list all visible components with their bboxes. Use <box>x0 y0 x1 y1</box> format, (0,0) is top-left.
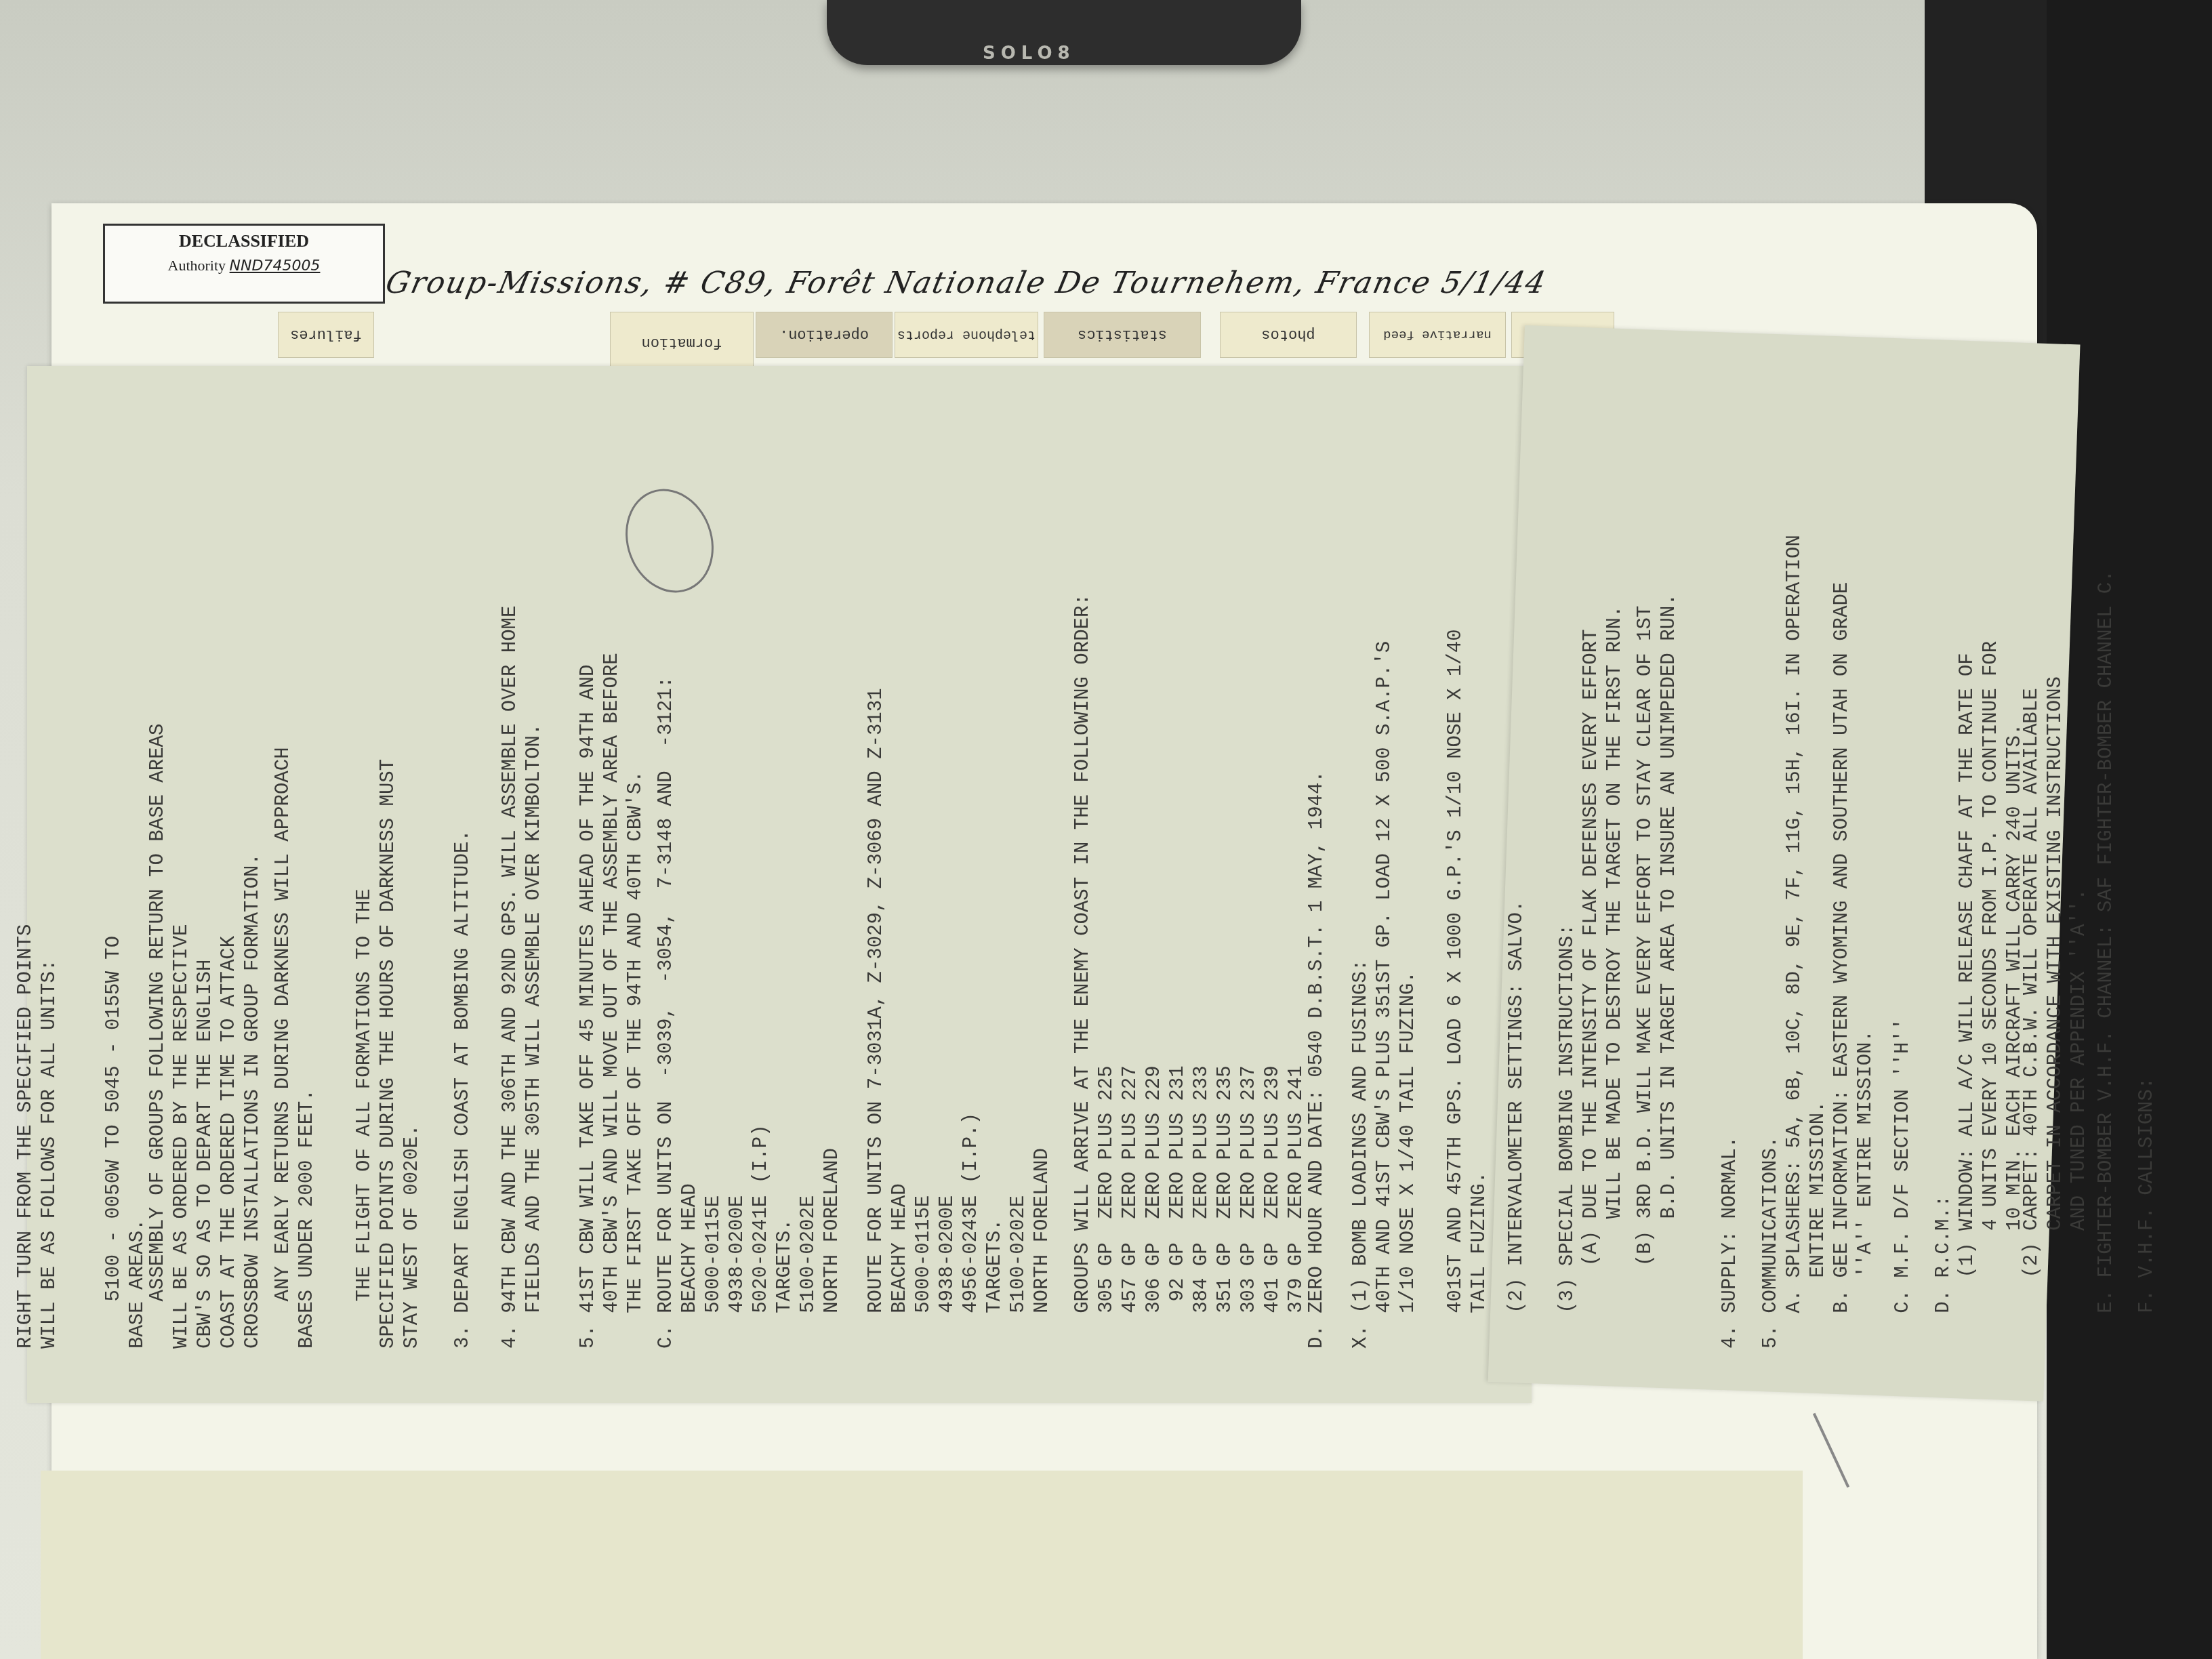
text-block: ANY EARLY RETURNS DURING DARKNESS WILL A… <box>271 747 319 1349</box>
text-block: D. ZERO HOUR AND DATE: 0540 D.B.S.T. 1 M… <box>1305 771 1328 1349</box>
text-block: C. M.F. D/F SECTION ''H'' <box>1891 1019 1914 1349</box>
text-block: 5. 41ST CBW WILL TAKE OFF 45 MINUTES AHE… <box>576 653 647 1349</box>
tab-operation[interactable]: operation. <box>756 312 893 358</box>
text-line: ENTIRE MISSION. <box>1806 535 1830 1349</box>
device-label: SOLO8 <box>983 43 1076 64</box>
text-line: C. M.F. D/F SECTION ''H'' <box>1891 1019 1914 1349</box>
table-row: 351 GP ZERO PLUS 235 <box>1213 1065 1237 1349</box>
text-line: ROUTE FOR UNITS ON 7-3031A, Z-3029, Z-30… <box>864 688 888 1349</box>
text-line: 5. COMMUNICATIONS. <box>1759 535 1782 1349</box>
table-row: 401 GP ZERO PLUS 239 <box>1261 1065 1284 1349</box>
text-line: 5100-0202E <box>796 676 820 1349</box>
text-line: THE FIRST TAKE OFF OF THE 94TH AND 40TH … <box>623 653 647 1349</box>
text-block: D. R.C.M.: (1) WINDOW: ALL A/C WILL RELE… <box>1931 641 2026 1349</box>
text-line: WILL BE AS ORDERED BY THE RESPECTIVE <box>169 724 193 1349</box>
text-line: 5100-0202E <box>1006 688 1030 1349</box>
text-block: B. GEE INFORMATION: EASTERN WYOMING AND … <box>1830 582 1877 1349</box>
arrival-order-rows: 305 GP ZERO PLUS 225 457 GP ZERO PLUS 22… <box>1094 1065 1308 1349</box>
table-row: 379 GP ZERO PLUS 241 <box>1284 1065 1308 1349</box>
text-line: E. FIGHTER-BOMBER V.H.F. CHANNEL: SAF FI… <box>2094 570 2118 1349</box>
folder-lower-sheet <box>41 1471 1803 1659</box>
text-line: 5000-0115E <box>701 676 725 1349</box>
text-block: (3) SPECIAL BOMBING INSTRUCTIONS: (A) DU… <box>1555 606 1626 1349</box>
text-block: RIGHT TURN FROM THE SPECIFIED POINTSWILL… <box>14 924 61 1349</box>
text-line: (2) INTERVALOMETER SETTINGS: SALVO. <box>1504 901 1528 1349</box>
text-line: 5. 41ST CBW WILL TAKE OFF 45 MINUTES AHE… <box>576 653 600 1349</box>
text-block: E. FIGHTER-BOMBER V.H.F. CHANNEL: SAF FI… <box>2094 570 2118 1349</box>
text-line: 4938-0200E <box>725 676 749 1349</box>
stamp-title: DECLASSIFIED <box>105 231 383 251</box>
text-line: NORTH FORELAND <box>1030 688 1054 1349</box>
text-line: 4938-0200E <box>935 688 959 1349</box>
text-line: SPECIFIED POINTS DURING THE HOURS OF DAR… <box>376 759 400 1349</box>
text-line: B.D. UNITS IN TARGET AREA TO INSURE AN U… <box>1657 594 1681 1349</box>
text-line: RIGHT TURN FROM THE SPECIFIED POINTS <box>14 924 37 1349</box>
text-line: WILL BE AS FOLLOWS FOR ALL UNITS: <box>37 924 61 1349</box>
text-line: TAIL FUZING. <box>1467 629 1491 1349</box>
text-block: THE FLIGHT OF ALL FORMATIONS TO THESPECI… <box>352 759 424 1349</box>
text-line: A. SPLASHERS: 5A, 6B, 10C, 8D, 9E, 7F, 1… <box>1782 535 1806 1349</box>
text-line: FIELDS AND THE 305TH WILL ASSEMBLE OVER … <box>522 606 546 1349</box>
tab-formation[interactable]: formation <box>610 312 754 374</box>
text-line: BASES UNDER 2000 FEET. <box>295 747 319 1349</box>
table-row: 305 GP ZERO PLUS 225 <box>1094 1065 1118 1349</box>
text-line: ANY EARLY RETURNS DURING DARKNESS WILL A… <box>271 747 295 1349</box>
text-block: 4. SUPPLY: NORMAL. <box>1718 1136 1742 1349</box>
text-line: WILL BE MADE TO DESTROY THE TARGET ON TH… <box>1603 606 1626 1349</box>
tab-failures[interactable]: failures <box>278 312 374 358</box>
text-line: BEACHY HEAD <box>678 676 701 1349</box>
text-line: AND TUNED PER APPENDIX ''A''. <box>2067 676 2091 1349</box>
table-row: 457 GP ZERO PLUS 227 <box>1118 1065 1142 1349</box>
tab-photos[interactable]: photos <box>1220 312 1357 358</box>
text-line: D. ZERO HOUR AND DATE: 0540 D.B.S.T. 1 M… <box>1305 771 1328 1349</box>
text-line: 3. DEPART ENGLISH COAST AT BOMBING ALTIT… <box>451 829 474 1349</box>
table-row: 306 GP ZERO PLUS 229 <box>1142 1065 1166 1349</box>
table-row: 303 GP ZERO PLUS 237 <box>1237 1065 1261 1349</box>
text-block: (2) CARPET: 40TH C.B.W. WILL OPERATE ALL… <box>2020 676 2091 1349</box>
text-line: BEACHY HEAD <box>888 688 912 1349</box>
text-block: 4. 94TH CBW AND THE 306TH AND 92ND GPS. … <box>498 606 546 1349</box>
text-line: GROUPS WILL ARRIVE AT THE ENEMY COAST IN… <box>1071 594 1094 1349</box>
text-line: D. R.C.M.: <box>1931 641 1955 1349</box>
text-line: 5000-0115E <box>912 688 935 1349</box>
text-line: ASSEMBLY OF GROUPS FOLLOWING RETURN TO B… <box>146 724 169 1349</box>
text-block: ASSEMBLY OF GROUPS FOLLOWING RETURN TO B… <box>146 724 264 1349</box>
handwritten-folder-title: Group-Missions, # C89, Forêt Nationale D… <box>383 266 1550 300</box>
text-line: TARGETS. <box>983 688 1006 1349</box>
tab-narrative-feed[interactable]: narrative feed <box>1369 312 1506 358</box>
text-line: (2) CARPET: 40TH C.B.W. WILL OPERATE ALL… <box>2020 676 2043 1349</box>
text-line: 4. SUPPLY: NORMAL. <box>1718 1136 1742 1349</box>
text-block: GROUPS WILL ARRIVE AT THE ENEMY COAST IN… <box>1071 594 1094 1349</box>
text-line: THE FLIGHT OF ALL FORMATIONS TO THE <box>352 759 376 1349</box>
text-block: F. V.H.F. CALLSIGNS: <box>2135 1078 2158 1349</box>
text-block: (B) 3RD B.D. WILL MAKE EVERY EFFORT TO S… <box>1633 594 1681 1349</box>
text-line: ''A'' ENTIRE MISSION. <box>1853 582 1877 1349</box>
text-line: TARGETS. <box>773 676 796 1349</box>
text-line: 40TH AND 41ST CBW'S PLUS 351ST GP. LOAD … <box>1372 641 1396 1349</box>
folder-tabs: failures formation operation. telephone … <box>95 312 1626 366</box>
text-block: 401ST AND 457TH GPS. LOAD 6 X 1000 G.P.'… <box>1443 629 1491 1349</box>
text-line: 4 UNITS EVERY 10 SECONDS FROM I.P. TO CO… <box>1979 641 2003 1349</box>
text-line: NORTH FORELAND <box>820 676 844 1349</box>
declassified-stamp: DECLASSIFIED Authority NND745005 <box>103 224 385 304</box>
text-line: F. V.H.F. CALLSIGNS: <box>2135 1078 2158 1349</box>
text-line: X. (1) BOMB LOADINGS AND FUSINGS: <box>1349 641 1372 1349</box>
text-line: STAY WEST OF 0020E. <box>400 759 424 1349</box>
table-row: 92 GP ZERO PLUS 231 <box>1166 1065 1189 1349</box>
text-line: 4. 94TH CBW AND THE 306TH AND 92ND GPS. … <box>498 606 522 1349</box>
text-line: 1/10 NOSE X 1/40 TAIL FUZING. <box>1396 641 1420 1349</box>
stamp-authority-value: NND745005 <box>230 258 321 274</box>
text-line: (3) SPECIAL BOMBING INSTRUCTIONS: <box>1555 606 1579 1349</box>
tab-telephone-reports[interactable]: telephone reports <box>895 312 1038 358</box>
text-block: 5100 - 0050W TO 5045 - 0155W TOBASE AREA… <box>102 936 149 1349</box>
text-block: 3. DEPART ENGLISH COAST AT BOMBING ALTIT… <box>451 829 474 1349</box>
text-line: 5020-0241E (I.P) <box>749 676 773 1349</box>
text-line: 40TH CBW'S AND WILL MOVE OUT OF THE ASSE… <box>600 653 623 1349</box>
tab-statistics[interactable]: statistics <box>1044 312 1201 358</box>
text-line: CARPET IN ACCORDANCE WITH EXISTING INSTR… <box>2043 676 2067 1349</box>
stamp-authority-label: Authority <box>168 257 226 274</box>
text-block: X. (1) BOMB LOADINGS AND FUSINGS: 40TH A… <box>1349 641 1420 1349</box>
text-line: C. ROUTE FOR UNITS ON -3039, -3054, 7-31… <box>654 676 678 1349</box>
text-line: B. GEE INFORMATION: EASTERN WYOMING AND … <box>1830 582 1853 1349</box>
text-line: CROSSBOW INSTALLATIONS IN GROUP FORMATIO… <box>241 724 264 1349</box>
text-line: 5100 - 0050W TO 5045 - 0155W TO <box>102 936 125 1349</box>
text-block: ROUTE FOR UNITS ON 7-3031A, Z-3029, Z-30… <box>864 688 1054 1349</box>
text-line: (A) DUE TO THE INTENSITY OF FLAK DEFENSE… <box>1579 606 1603 1349</box>
text-block: (2) INTERVALOMETER SETTINGS: SALVO. <box>1504 901 1528 1349</box>
text-line: 4956-0243E (I.P.) <box>959 688 983 1349</box>
table-row: 384 GP ZERO PLUS 233 <box>1189 1065 1213 1349</box>
text-line: (B) 3RD B.D. WILL MAKE EVERY EFFORT TO S… <box>1633 594 1657 1349</box>
text-line: 401ST AND 457TH GPS. LOAD 6 X 1000 G.P.'… <box>1443 629 1467 1349</box>
text-line: (1) WINDOW: ALL A/C WILL RELEASE CHAFF A… <box>1955 641 1979 1349</box>
text-block: 5. COMMUNICATIONS. A. SPLASHERS: 5A, 6B,… <box>1759 535 1830 1349</box>
text-line: CBW'S SO AS TO DEPART THE ENGLISH <box>193 724 217 1349</box>
text-line: COAST AT THE ORDERED TIME TO ATTACK <box>217 724 241 1349</box>
text-block: C. ROUTE FOR UNITS ON -3039, -3054, 7-31… <box>654 676 844 1349</box>
